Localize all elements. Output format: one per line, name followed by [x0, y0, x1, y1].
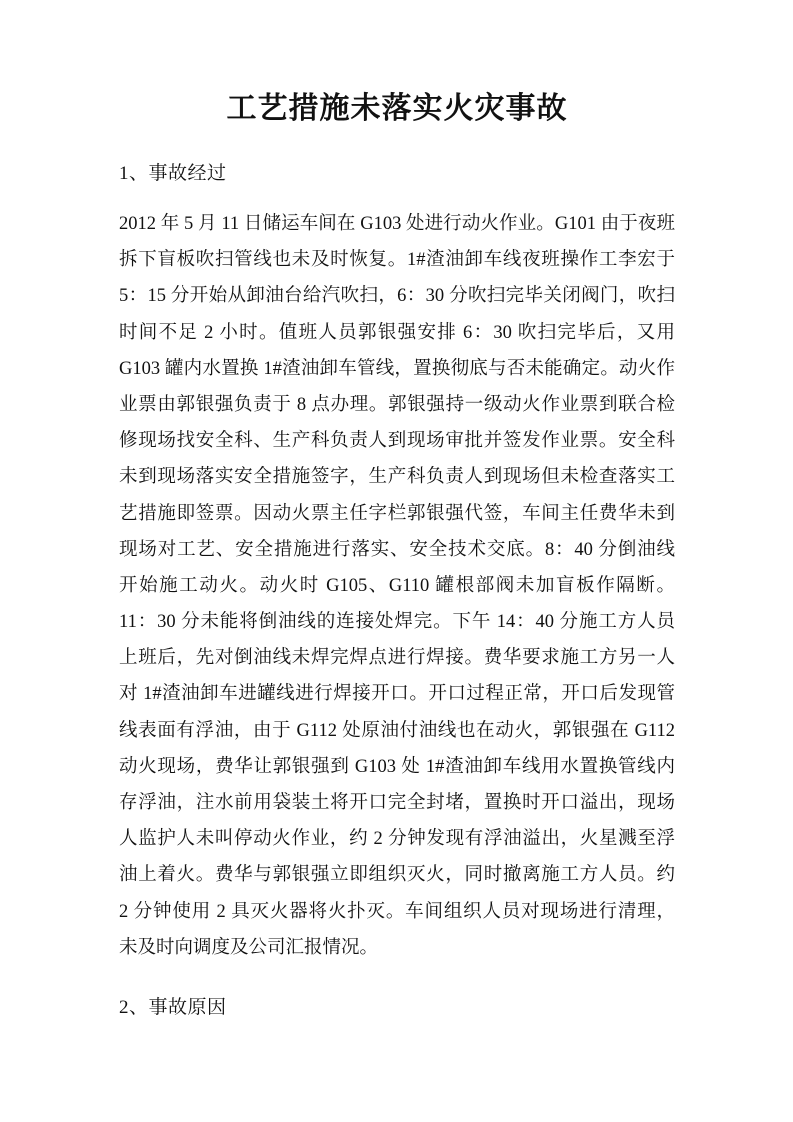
text-line: G103 罐内水置换 1#渣油卸车管线，置换彻底与否未能确定。动火作	[119, 351, 675, 387]
paragraph-accident-course: 2012 年 5 月 11 日储运车间在 G103 处进行动火作业。G101 由…	[119, 206, 675, 966]
text-line: 2 分钟使用 2 具灭火器将火扑灭。车间组织人员对现场进行清理，	[119, 894, 675, 930]
section-accident-course: 1、事故经过 2012 年 5 月 11 日储运车间在 G103 处进行动火作业…	[119, 156, 675, 966]
text-line: 2012 年 5 月 11 日储运车间在 G103 处进行动火作业。G101 由…	[119, 206, 675, 242]
text-line: 5：15 分开始从卸油台给汽吹扫，6：30 分吹扫完毕关闭阀门，吹扫	[119, 278, 675, 314]
text-line: 业票由郭银强负责于 8 点办理。郭银强持一级动火作业票到联合检	[119, 387, 675, 423]
text-line: 现场对工艺、安全措施进行落实、安全技术交底。8：40 分倒油线	[119, 532, 675, 568]
section-heading-accident-cause: 2、事故原因	[119, 990, 675, 1026]
text-line: 线表面有浮油，由于 G112 处原油付油线也在动火，郭银强在 G112	[119, 713, 675, 749]
text-line: 人监护人未叫停动火作业，约 2 分钟发现有浮油溢出，火星溅至浮	[119, 821, 675, 857]
text-line: 动火现场，费华让郭银强到 G103 处 1#渣油卸车线用水置换管线内	[119, 749, 675, 785]
text-line: 对 1#渣油卸车进罐线进行焊接开口。开口过程正常，开口后发现管	[119, 676, 675, 712]
document-page: 工艺措施未落实火灾事故 1、事故经过 2012 年 5 月 11 日储运车间在 …	[0, 0, 793, 1122]
text-line: 拆下盲板吹扫管线也未及时恢复。1#渣油卸车线夜班操作工李宏于	[119, 242, 675, 278]
text-line: 上班后，先对倒油线未焊完焊点进行焊接。费华要求施工方另一人	[119, 640, 675, 676]
document-title: 工艺措施未落实火灾事故	[119, 86, 675, 132]
text-line: 油上着火。费华与郭银强立即组织灭火，同时撤离施工方人员。约	[119, 857, 675, 893]
section-heading-accident-course: 1、事故经过	[119, 156, 675, 192]
text-line: 存浮油，注水前用袋装土将开口完全封堵，置换时开口溢出，现场	[119, 785, 675, 821]
text-line: 开始施工动火。动火时 G105、G110 罐根部阀未加盲板作隔断。	[119, 568, 675, 604]
text-line: 未到现场落实安全措施签字，生产科负责人到现场但未检查落实工	[119, 459, 675, 495]
text-line: 修现场找安全科、生产科负责人到现场审批并签发作业票。安全科	[119, 423, 675, 459]
section-accident-cause: 2、事故原因	[119, 990, 675, 1026]
text-line: 未及时向调度及公司汇报情况。	[119, 930, 675, 966]
text-line: 时间不足 2 小时。值班人员郭银强安排 6：30 吹扫完毕后，又用	[119, 315, 675, 351]
text-line: 11：30 分未能将倒油线的连接处焊完。下午 14：40 分施工方人员	[119, 604, 675, 640]
text-line: 艺措施即签票。因动火票主任字栏郭银强代签，车间主任费华未到	[119, 496, 675, 532]
